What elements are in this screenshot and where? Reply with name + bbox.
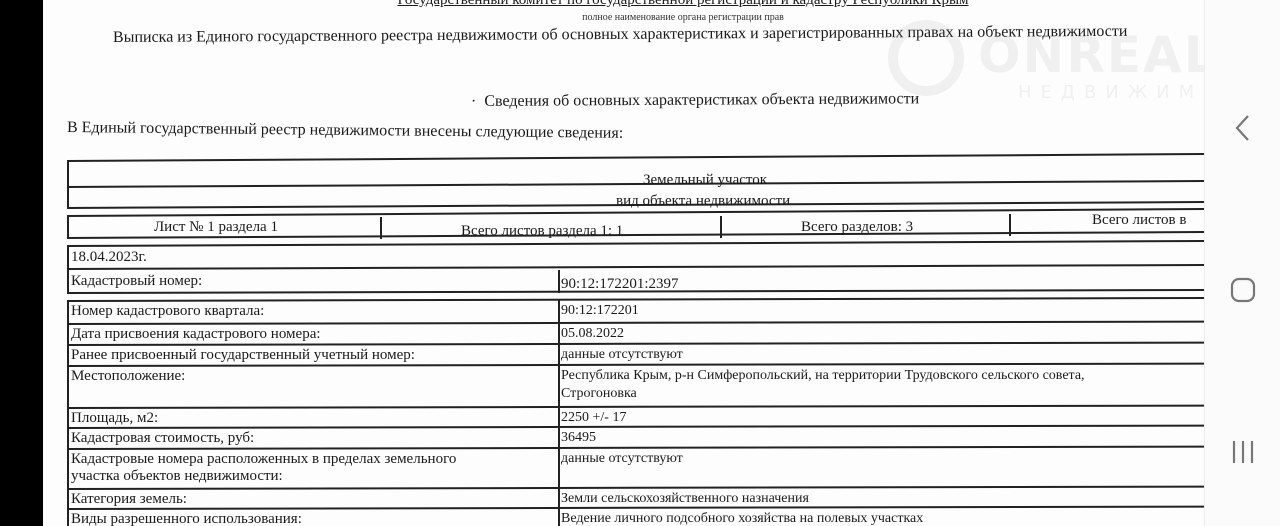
home-icon <box>1229 276 1257 304</box>
property-label: Дата присвоения кадастрового номера: <box>71 326 321 343</box>
total-sections: Всего разделов: 3 <box>801 219 913 236</box>
property-label: Виды разрешенного использования: <box>71 511 302 526</box>
property-label: Местоположение: <box>71 368 185 385</box>
object-type-caption: вид объекта недвижимости <box>616 193 790 210</box>
back-icon <box>1233 113 1253 143</box>
section-title: · Сведения об основных характеристиках о… <box>471 90 919 111</box>
watermark-subtitle: НЕДВИЖИМОСТЬ <box>1018 82 1204 103</box>
property-value-line2: Строгоновка <box>561 386 637 402</box>
total-sheets: Всего листов в <box>1092 212 1186 229</box>
section-title-text: Сведения об основных характеристиках объ… <box>484 90 919 110</box>
property-value: 90:12:172201 <box>561 303 639 319</box>
property-label: Ранее присвоенный государственный учетны… <box>71 347 415 364</box>
property-value: данные отсутствуют <box>561 451 683 467</box>
extract-title: Выписка из Единого государственного реес… <box>113 23 1127 47</box>
recent-apps-button[interactable] <box>1205 434 1280 470</box>
sheet-number: Лист № 1 раздела 1 <box>154 219 278 236</box>
property-label: Кадастровая стоимость, руб: <box>71 430 254 447</box>
property-label: Категория земель: <box>71 491 187 508</box>
cadastral-number-label: Кадастровый номер: <box>71 273 202 290</box>
property-label: Площадь, м2: <box>71 410 158 427</box>
property-value: 2250 +/- 17 <box>561 410 626 426</box>
back-button[interactable] <box>1205 110 1280 146</box>
document-page: Государственный комитет по государственн… <box>43 0 1204 526</box>
intro-text: В Единый государственный реестр недвижим… <box>67 119 623 143</box>
property-value: 36495 <box>561 430 596 446</box>
extract-date: 18.04.2023г. <box>71 249 147 266</box>
property-value: Республика Крым, р-н Симферопольский, на… <box>561 368 1085 384</box>
property-value: 05.08.2022 <box>561 326 624 342</box>
object-type: Земельный участок <box>643 172 767 189</box>
property-value: Ведение личного подсобного хозяйства на … <box>561 511 923 526</box>
cadastral-number-value: 90:12:172201:2397 <box>561 276 679 293</box>
authority-caption: полное наименование органа регистрации п… <box>493 12 873 23</box>
registration-authority: Государственный комитет по государственн… <box>333 0 1033 9</box>
android-navigation-bar <box>1204 0 1280 526</box>
property-label-line2: участка объектов недвижимости: <box>71 468 283 485</box>
property-label: Номер кадастрового квартала: <box>71 303 264 320</box>
property-label: Кадастровые номера расположенных в преде… <box>71 451 456 468</box>
recent-apps-icon <box>1230 438 1256 466</box>
left-black-border <box>0 0 43 526</box>
home-button[interactable] <box>1205 272 1280 308</box>
property-value: данные отсутствуют <box>561 347 683 363</box>
property-value: Земли сельскохозяйственного назначения <box>561 491 809 507</box>
total-sheets-section: Всего листов раздела 1: 1 <box>461 223 623 240</box>
